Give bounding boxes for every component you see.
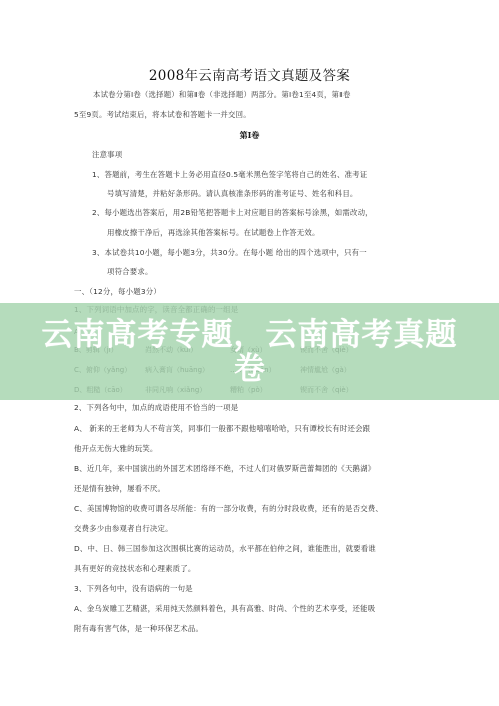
q2-line-8: 具有更好的竞技状态和心理素质了。 (74, 564, 195, 574)
intro-line-1: 本试卷分第Ⅰ卷（选择题）和第Ⅱ卷（非选择题）两部分。第Ⅰ卷1至4页，第Ⅱ卷 (93, 90, 351, 100)
note-line-1: 1、答题前，考生在答题卡上务必用直径0.5毫米黑色签字笔将自己的姓名、准考证 (92, 170, 367, 180)
q3-line-2: 附有毒有害气体，是一种环保艺术品。 (74, 624, 203, 634)
q2-stem: 2、下列各句中，加点的成语使用不恰当的一项是 (74, 403, 238, 413)
q1-option-d-2: 非同凡响（xiǎng） (145, 385, 206, 395)
q2-line-2: 他开点无伤大雅的玩笑。 (74, 444, 158, 454)
q3-line-1: A、金乌炭雕工艺精湛，采用纯天然颜料着色，具有高雅、时尚、个性的艺术享受，还能吸 (74, 604, 375, 614)
watermark-title-line-2: 卷 (0, 352, 499, 386)
q2-line-7: D、中、日、韩三国参加这次围棋比赛的运动员，水平都在伯仲之间，谁能胜出，就要看谁 (74, 544, 376, 554)
note-line-3: 2、每小题选出答案后，用2B铅笔把答题卡上对应题目的答案标号涂黑，如需改动， (92, 208, 373, 218)
q3-stem: 3、下列各句中，没有语病的一句是 (74, 584, 193, 594)
note-line-2: 号填写清楚，并粘好条形码。请认真核准条形码的准考证号、姓名和科目。 (107, 189, 358, 199)
q1-option-d-1: D、粗糙（cāo） (74, 385, 127, 395)
q2-line-1: A、 新来的王老师为人不苟言笑，同事们一般都不跟他嘻嘻哈哈，只有谭校长有时还会跟 (74, 424, 370, 434)
q2-line-5: C、美国博物馆的收费可谓各尽所能：有的一部分收费，有的分时段收费，还有的是否交费… (74, 504, 383, 514)
part-one-heading: 一、（12分，每小题3分） (74, 287, 161, 297)
note-line-6: 项符合要求。 (107, 267, 153, 277)
q2-line-4: 还是情有独钟，屡看不厌。 (74, 484, 165, 494)
document-page: 2008年云南高考语文真题及答案 本试卷分第Ⅰ卷（选择题）和第Ⅱ卷（非选择题）两… (0, 0, 499, 706)
notes-heading: 注意事项 (92, 150, 122, 160)
note-line-4: 用橡皮擦干净后，再选涂其他答案标号。在试题卷上作答无效。 (107, 228, 320, 238)
section-heading: 第Ⅰ卷 (0, 130, 499, 141)
note-line-5: 3、本试卷共10小题，每小题3分，共30分。在每小题 给出的四个选项中，只有一 (92, 248, 367, 258)
q2-line-6: 交费多少由参观者自行决定。 (74, 524, 173, 534)
document-title: 2008年云南高考语文真题及答案 (0, 64, 499, 84)
q2-line-3: B、近几年，来中国演出的外国艺术团络绎不绝，不过人们对俄罗斯芭蕾舞团的《天鹅湖》 (74, 464, 375, 474)
intro-line-2: 5至9页。考试结束后，将本试卷和答题卡一并交回。 (74, 110, 251, 120)
q1-stem: 1、下列词语中加点的字，读音全都正确的一组是 (74, 305, 238, 315)
q1-option-d-4: 锲而不舍（qiè） (300, 385, 353, 395)
watermark-title-line-1: 云南高考专题，云南高考真题 (0, 318, 499, 352)
